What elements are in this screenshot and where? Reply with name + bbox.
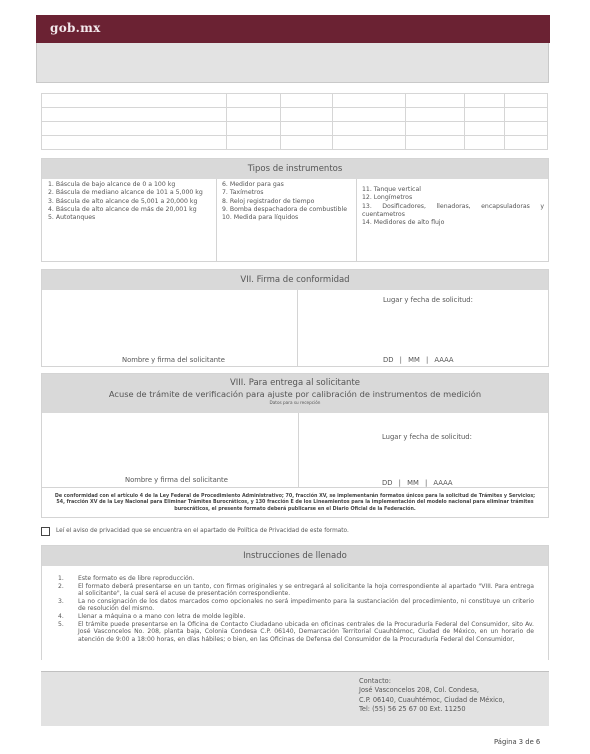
table-cell[interactable] [333, 136, 406, 150]
section-viii-title: VIII. Para entrega al solicitante [42, 378, 548, 389]
instruction-item: 4.Llenar a máquina o a mano con letra de… [42, 613, 548, 621]
table-cell[interactable] [333, 122, 406, 136]
table-cell[interactable] [42, 108, 227, 122]
table-cell[interactable] [465, 94, 505, 108]
instrument-item: 5. Autotanques [48, 214, 218, 222]
table-cell[interactable] [465, 136, 505, 150]
table-cell[interactable] [42, 122, 227, 136]
date-format: DD | MM | AAAA [383, 356, 454, 364]
section-vii-signature: VII. Firma de conformidad Nombre y firma… [41, 269, 549, 367]
table-cell[interactable] [406, 136, 465, 150]
table-row [42, 94, 548, 108]
instruments-panel: Tipos de instrumentos 1. Báscula de bajo… [41, 158, 549, 262]
place-date-field[interactable]: Lugar y fecha de solicitud: DD | MM | AA… [298, 290, 548, 366]
table-cell[interactable] [226, 122, 280, 136]
instructions-title: Instrucciones de llenado [42, 546, 548, 566]
section-viii-note: Datos para su recepción [42, 400, 548, 405]
instrument-item: 14. Medidores de alto flujo [362, 219, 544, 227]
instrument-item: 9. Bomba despachadora de combustible [222, 206, 354, 214]
contact-info: Contacto:José Vasconcelos 208, Col. Cond… [359, 677, 505, 715]
signature-label: Nombre y firma del solicitante [122, 356, 225, 364]
table-cell[interactable] [42, 136, 227, 150]
privacy-checkbox[interactable] [41, 527, 50, 536]
table-cell[interactable] [226, 108, 280, 122]
table-cell[interactable] [465, 108, 505, 122]
instruction-item: 2.El formato deberá presentarse en un ta… [42, 583, 548, 598]
section-viii-delivery: VIII. Para entrega al solicitante Acuse … [41, 373, 549, 518]
applicant-signature-field[interactable]: Nombre y firma del solicitante [42, 290, 297, 366]
gobmx-logo[interactable]: gob.mx [50, 21, 101, 35]
instrument-item: 8. Reloj registrador de tiempo [222, 198, 354, 206]
instruction-number: 4. [42, 613, 78, 621]
instrument-item: 12. Longímetros [362, 194, 544, 202]
instruction-number: 3. [42, 598, 78, 613]
table-cell[interactable] [280, 136, 333, 150]
instrument-list-3: 11. Tanque vertical12. Longímetros13. Do… [362, 186, 544, 227]
instructions-panel: Instrucciones de llenado 1.Este formato … [41, 545, 549, 660]
instruction-number: 5. [42, 621, 78, 644]
table-cell[interactable] [333, 94, 406, 108]
table-cell[interactable] [505, 136, 548, 150]
table-cell[interactable] [42, 94, 227, 108]
instruction-text: Llenar a máquina o a mano con letra de m… [78, 613, 548, 621]
instrument-list-1: 1. Báscula de bajo alcance de 0 a 100 kg… [48, 181, 218, 222]
table-cell[interactable] [465, 122, 505, 136]
contact-line: José Vasconcelos 208, Col. Condesa, [359, 686, 505, 695]
instrument-item: 4. Báscula de alto alcance de más de 20,… [48, 206, 218, 214]
site-header: gob.mx [36, 15, 550, 43]
instruction-number: 1. [42, 575, 78, 583]
legal-note: De conformidad con el artículo 4 de la L… [42, 487, 548, 517]
instruction-text: El formato deberá presentarse en un tant… [78, 583, 548, 598]
table-cell[interactable] [226, 94, 280, 108]
table-row [42, 108, 548, 122]
place-date-label: Lugar y fecha de solicitud: [382, 433, 472, 441]
table-cell[interactable] [406, 108, 465, 122]
instrument-item: 10. Medida para líquidos [222, 214, 354, 222]
instructions-list: 1.Este formato es de libre reproducción.… [42, 566, 548, 643]
section-vii-title: VII. Firma de conformidad [42, 270, 548, 290]
table-cell[interactable] [333, 108, 406, 122]
instruction-number: 2. [42, 583, 78, 598]
instruments-title: Tipos de instrumentos [42, 159, 548, 179]
table-row [42, 136, 548, 150]
instruction-item: 3.La no consignación de los datos marcad… [42, 598, 548, 613]
instrument-list-2: 6. Medidor para gas7. Taxímetros8. Reloj… [222, 181, 354, 222]
instrument-item: 7. Taxímetros [222, 189, 354, 197]
table-cell[interactable] [280, 94, 333, 108]
applicant-signature-field-receipt[interactable]: Nombre y firma del solicitante [42, 413, 298, 487]
place-date-label: Lugar y fecha de solicitud: [383, 296, 473, 304]
instruction-text: Este formato es de libre reproducción. [78, 575, 548, 583]
table-cell[interactable] [406, 122, 465, 136]
instruction-text: La no consignación de los datos marcados… [78, 598, 548, 613]
instruction-item: 5.El trámite puede presentarse en la Ofi… [42, 621, 548, 644]
privacy-label: Leí el aviso de privacidad que se encuen… [56, 528, 349, 534]
contact-line: Tel: (55) 56 25 67 00 Ext. 11250 [359, 705, 505, 714]
instruction-text: El trámite puede presentarse en la Ofici… [78, 621, 548, 644]
place-date-field-receipt[interactable]: Lugar y fecha de solicitud: DD | MM | AA… [299, 413, 548, 487]
date-format: DD | MM | AAAA [382, 479, 453, 487]
table-cell[interactable] [406, 94, 465, 108]
page-number: Página 3 de 6 [494, 738, 540, 746]
section-viii-header: VIII. Para entrega al solicitante Acuse … [42, 374, 548, 413]
instrument-item: 3. Báscula de alto alcance de 5,001 a 20… [48, 198, 218, 206]
table-cell[interactable] [505, 108, 548, 122]
table-cell[interactable] [505, 122, 548, 136]
table-cell[interactable] [280, 108, 333, 122]
header-banner-area [36, 43, 549, 83]
contact-footer: Contacto:José Vasconcelos 208, Col. Cond… [41, 671, 549, 726]
table-cell[interactable] [226, 136, 280, 150]
contact-line: Contacto: [359, 677, 505, 686]
contact-line: C.P. 06140, Cuauhtémoc, Ciudad de México… [359, 696, 505, 705]
signature-label: Nombre y firma del solicitante [125, 476, 228, 484]
instrument-item: 2. Báscula de mediano alcance de 101 a 5… [48, 189, 218, 197]
blank-data-table [41, 93, 548, 150]
table-cell[interactable] [505, 94, 548, 108]
instrument-item: 13. Dosificadores, llenadoras, encapsula… [362, 203, 544, 220]
instruction-item: 1.Este formato es de libre reproducción. [42, 575, 548, 583]
table-row [42, 122, 548, 136]
section-viii-subtitle: Acuse de trámite de verificación para aj… [42, 389, 548, 400]
table-cell[interactable] [280, 122, 333, 136]
